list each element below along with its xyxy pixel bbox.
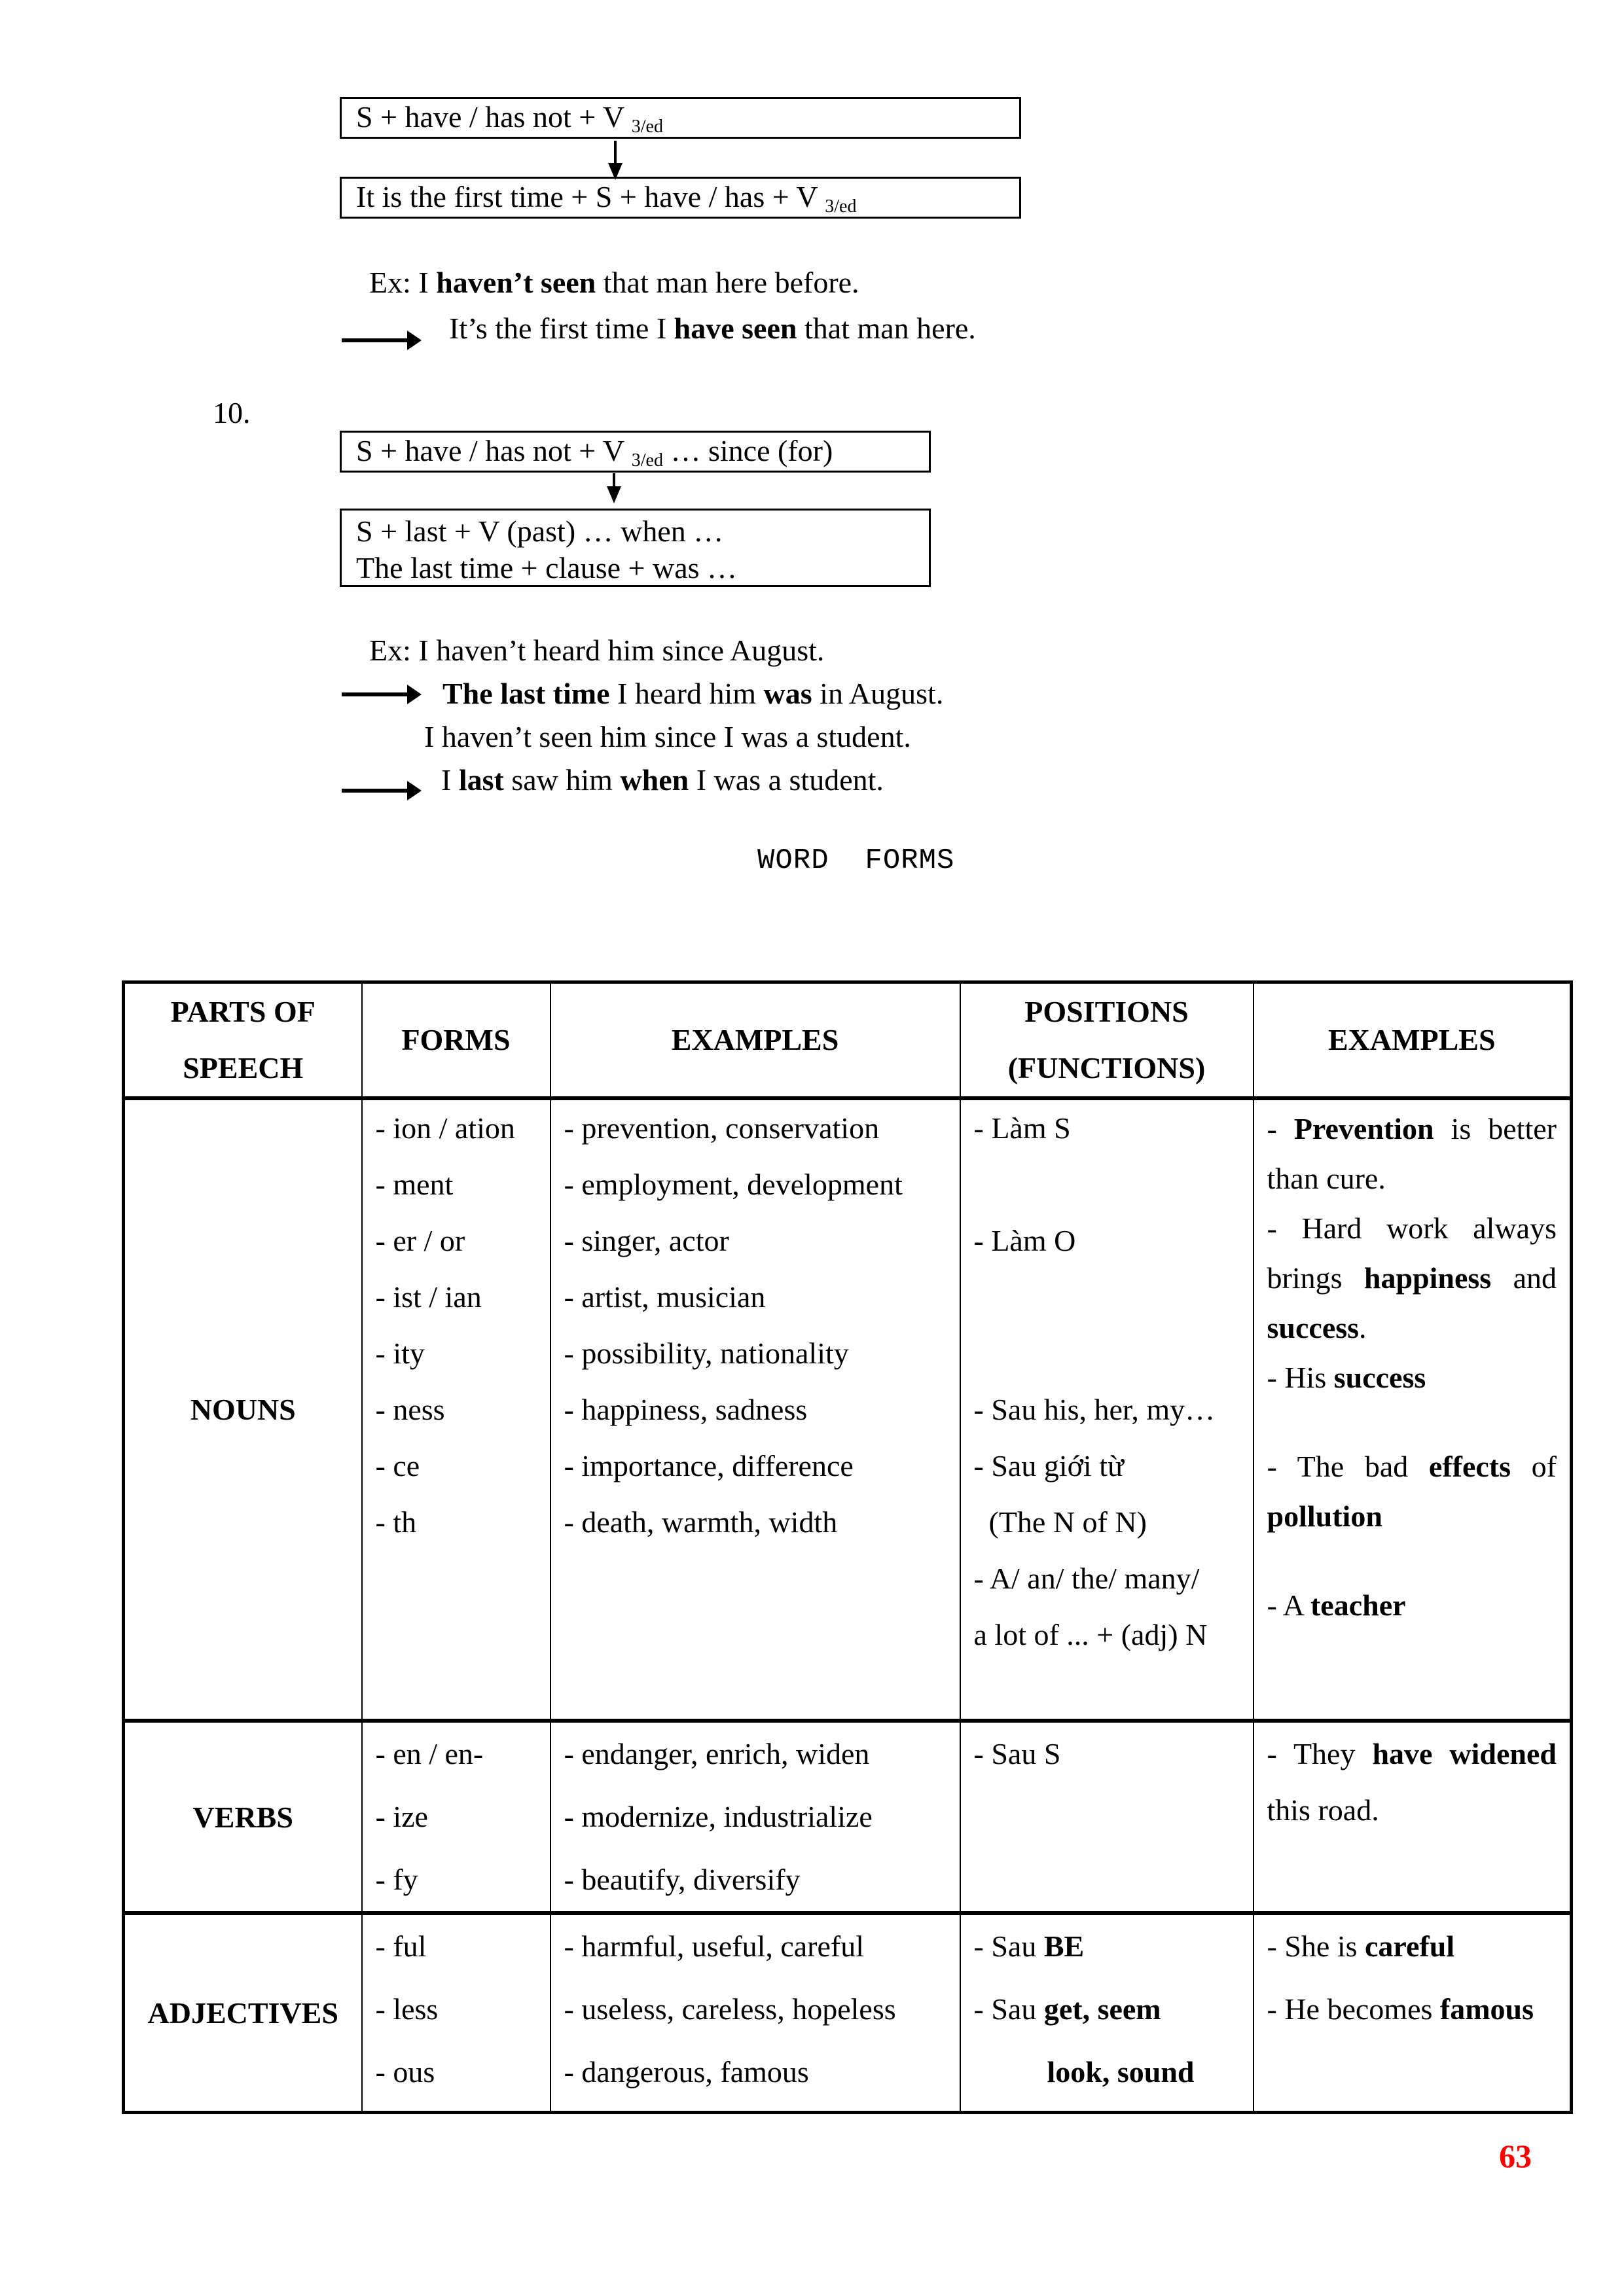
- table-header-row: PARTS OF SPEECH FORMS EXAMPLES POSITIONS…: [124, 982, 1572, 1099]
- transformed-sentence: It’s the first time I have seen that man…: [449, 310, 976, 347]
- examples-cell: - prevention, conservation - employment,…: [550, 1098, 960, 1721]
- table-row: ADJECTIVES - ful - less - ous - harmful,…: [124, 1913, 1572, 2112]
- usage-examples-cell: - She is careful - He becomes famous: [1254, 1913, 1572, 2112]
- transformed-sentence: I last saw him when I was a student.: [441, 762, 884, 798]
- examples-cell: - endanger, enrich, widen - modernize, i…: [550, 1721, 960, 1913]
- formula-box-since-for: S + have / has not + V 3/ed … since (for…: [340, 431, 931, 473]
- formula-text: It is the first time + S + have / has + …: [356, 180, 825, 213]
- part-of-speech-nouns: NOUNS: [124, 1098, 362, 1721]
- positions-cell: - Làm S - Làm O - Sau his, her, my… - Sa…: [960, 1098, 1254, 1721]
- formula-box-negative-present-perfect: S + have / has not + V 3/ed: [340, 97, 1021, 139]
- right-arrow-icon: [342, 781, 422, 800]
- positions-cell: - Sau S: [960, 1721, 1254, 1913]
- example-sentence: I haven’t seen him since I was a student…: [424, 719, 911, 755]
- formula-text: S + have / has not + V: [356, 434, 632, 467]
- formula-box-last-time: S + last + V (past) … when … The last ti…: [340, 509, 931, 587]
- formula-line: S + last + V (past) … when …: [356, 513, 929, 550]
- example-sentence: Ex: I haven’t heard him since August.: [369, 632, 824, 669]
- usage-examples-cell: - Prevention is better than cure. - Hard…: [1254, 1098, 1572, 1721]
- formula-text: S + have / has not + V: [356, 100, 632, 134]
- header-examples-usage: EXAMPLES: [1254, 982, 1572, 1099]
- table-row: VERBS - en / en- - ize - fy - endanger, …: [124, 1721, 1572, 1913]
- header-forms: FORMS: [362, 982, 550, 1099]
- example-sentence: Ex: I haven’t seen that man here before.: [369, 264, 859, 301]
- usage-examples-cell: - They have widened this road.: [1254, 1721, 1572, 1913]
- formula-subscript: 3/ed: [632, 450, 663, 471]
- header-parts-of-speech: PARTS OF SPEECH: [124, 982, 362, 1099]
- header-examples: EXAMPLES: [550, 982, 960, 1099]
- word-forms-table: PARTS OF SPEECH FORMS EXAMPLES POSITIONS…: [122, 980, 1573, 2114]
- forms-cell: - ion / ation - ment - er / or - ist / i…: [362, 1098, 550, 1721]
- examples-cell: - harmful, useful, careful - useless, ca…: [550, 1913, 960, 2112]
- table-row: NOUNS - ion / ation - ment - er / or - i…: [124, 1098, 1572, 1721]
- rule-number: 10.: [213, 395, 251, 430]
- formula-text-suffix: … since (for): [663, 434, 833, 467]
- header-positions: POSITIONS (FUNCTIONS): [960, 982, 1254, 1099]
- right-arrow-icon: [342, 331, 422, 350]
- forms-cell: - ful - less - ous: [362, 1913, 550, 2112]
- forms-cell: - en / en- - ize - fy: [362, 1721, 550, 1913]
- formula-box-first-time: It is the first time + S + have / has + …: [340, 177, 1021, 219]
- section-heading: WORD FORMS: [757, 844, 954, 877]
- part-of-speech-adjectives: ADJECTIVES: [124, 1913, 362, 2112]
- page-number: 63: [1499, 2137, 1532, 2175]
- right-arrow-icon: [342, 685, 422, 704]
- formula-subscript: 3/ed: [632, 117, 663, 137]
- formula-subscript: 3/ed: [825, 196, 856, 217]
- positions-cell: - Sau BE - Sau get, seem look, sound: [960, 1913, 1254, 2112]
- transformed-sentence: The last time I heard him was in August.: [442, 675, 943, 712]
- part-of-speech-verbs: VERBS: [124, 1721, 362, 1913]
- formula-line: The last time + clause + was …: [356, 550, 929, 586]
